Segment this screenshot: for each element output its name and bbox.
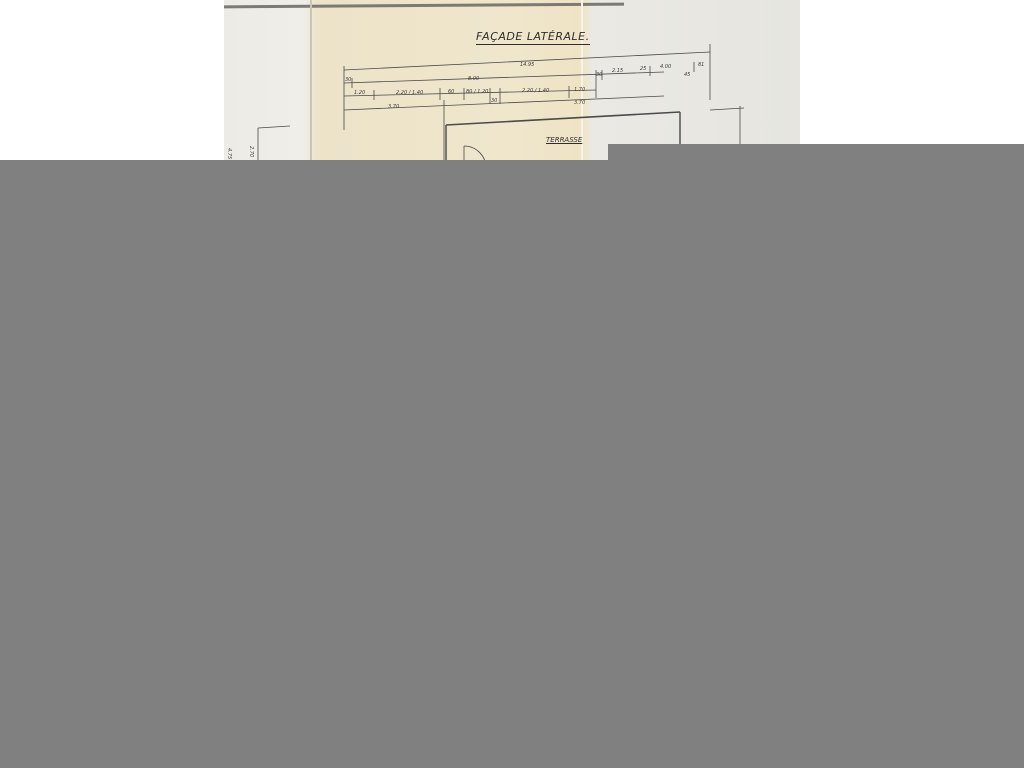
dimension-label: 81 — [698, 62, 704, 68]
dimension-label: 2.70 — [248, 146, 254, 157]
dimension-label: 4.75 — [226, 148, 232, 159]
dimension-label: 2.20 / 1.40 — [396, 90, 423, 96]
gray-overlay-block — [0, 160, 608, 768]
dimension-label: 80 / 1.20 — [466, 89, 488, 95]
dimension-label: 1.20 — [354, 90, 365, 96]
dimension-label: 30 — [596, 72, 602, 78]
gray-overlay-block — [608, 144, 1024, 768]
dimension-label: 8.00 — [468, 76, 479, 82]
dimension-label: 2.20 / 1.40 — [522, 88, 549, 94]
dimension-label: 14.95 — [520, 62, 534, 68]
room-label-terrasse: TERRASSE — [546, 136, 582, 144]
dimension-label: 4.00 — [660, 64, 671, 70]
dimension-label: 2.15 — [612, 68, 623, 74]
dimension-label: 25 — [640, 66, 646, 72]
dimension-label: 60 — [448, 89, 454, 95]
dimension-label: 30 — [345, 77, 351, 83]
dimension-label: 45 — [684, 72, 690, 78]
dimension-label: 30 — [491, 98, 497, 104]
dimension-label: 1.70 — [574, 87, 585, 93]
dimension-label: 3.70 — [388, 104, 399, 110]
dimension-label: 3.70 — [574, 100, 585, 106]
